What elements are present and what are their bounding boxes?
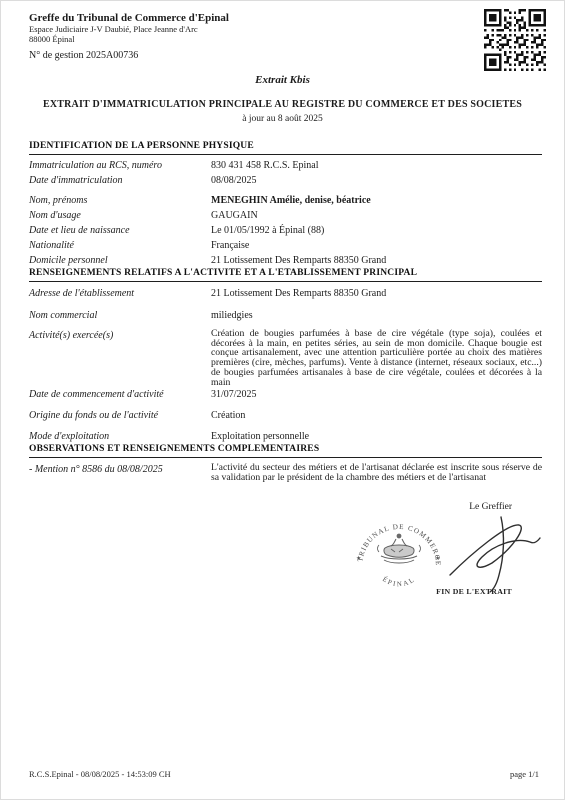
field-value: 31/07/2025 (211, 388, 542, 402)
field-value: Le 01/05/1992 à Épinal (88) (211, 223, 542, 238)
section-heading: IDENTIFICATION DE LA PERSONNE PHYSIQUE (29, 141, 542, 155)
section-observations: OBSERVATIONS ET RENSEIGNEMENTS COMPLEMEN… (29, 444, 542, 482)
field-value: GAUGAIN (211, 208, 542, 223)
end-of-extract-label: FIN DE L'EXTRAIT (436, 587, 512, 596)
management-number: N° de gestion 2025A00736 (29, 50, 349, 61)
field-row: Adresse de l'établissement 21 Lotissemen… (29, 287, 542, 301)
field-value: 08/08/2025 (211, 173, 542, 188)
field-label: Activité(s) exercée(s) (29, 329, 211, 387)
field-value: L'activité du secteur des métiers et de … (211, 463, 542, 482)
issuer-block: Greffe du Tribunal de Commerce d'Epinal … (29, 12, 349, 61)
field-row: - Mention n° 8586 du 08/08/2025 L'activi… (29, 463, 542, 482)
issuer-address-line2: 88000 Épinal (29, 35, 349, 45)
court-stamp: TRIBUNAL DE COMMERCE ÉPINAL ★ ★ (351, 514, 447, 596)
field-label: Nom commercial (29, 309, 211, 323)
field-label: Date de commencement d'activité (29, 388, 211, 402)
section-identification: IDENTIFICATION DE LA PERSONNE PHYSIQUE I… (29, 141, 542, 268)
as-of-date: à jour au 8 août 2025 (1, 114, 564, 125)
field-value: Création (211, 409, 542, 423)
field-row: Nom commercial miliedgies (29, 309, 542, 323)
qr-code (484, 9, 546, 71)
field-row: Origine du fonds ou de l'activité Créati… (29, 409, 542, 423)
field-value: Exploitation personnelle (211, 430, 542, 444)
stamp-crest (378, 534, 421, 563)
section-heading: RENSEIGNEMENTS RELATIFS A L'ACTIVITE ET … (29, 268, 542, 282)
star-icon: ★ (356, 555, 361, 562)
field-row: Domicile personnel 21 Lotissement Des Re… (29, 253, 542, 268)
field-label: Nom d'usage (29, 208, 211, 223)
document-type-title: Extrait Kbis (1, 74, 564, 87)
field-label: Origine du fonds ou de l'activité (29, 409, 211, 423)
section-activity: RENSEIGNEMENTS RELATIFS A L'ACTIVITE ET … (29, 268, 542, 444)
field-row: Nom, prénoms MENEGHIN Amélie, denise, bé… (29, 193, 542, 208)
field-label: - Mention n° 8586 du 08/08/2025 (29, 463, 211, 482)
field-label: Adresse de l'établissement (29, 287, 211, 301)
field-row: Activité(s) exercée(s) Création de bougi… (29, 329, 542, 387)
field-label: Date et lieu de naissance (29, 223, 211, 238)
svg-text:ÉPINAL: ÉPINAL (381, 575, 417, 588)
field-row: Nom d'usage GAUGAIN (29, 208, 542, 223)
field-row: Nationalité Française (29, 238, 542, 253)
field-value: MENEGHIN Amélie, denise, béatrice (211, 193, 542, 208)
field-value: 830 431 458 R.C.S. Epinal (211, 158, 542, 173)
field-value: Française (211, 238, 542, 253)
field-value: miliedgies (211, 309, 542, 323)
field-label: Nom, prénoms (29, 193, 211, 208)
footer-reference: R.C.S.Epinal - 08/08/2025 - 14:53:09 CH (29, 769, 171, 779)
issuer-address-line1: Espace Judiciaire J-V Daubié, Place Jean… (29, 25, 349, 35)
field-row: Date et lieu de naissance Le 01/05/1992 … (29, 223, 542, 238)
section-heading: OBSERVATIONS ET RENSEIGNEMENTS COMPLEMEN… (29, 444, 542, 458)
stamp-text-bottom: ÉPINAL (381, 575, 417, 588)
kbis-document-page: Greffe du Tribunal de Commerce d'Epinal … (0, 0, 565, 800)
field-row: Date de commencement d'activité 31/07/20… (29, 388, 542, 402)
title-block: Extrait Kbis EXTRAIT D'IMMATRICULATION P… (1, 74, 564, 125)
greffier-signature (444, 513, 544, 593)
field-label: Date d'immatriculation (29, 173, 211, 188)
field-label: Mode d'exploitation (29, 430, 211, 444)
field-label: Nationalité (29, 238, 211, 253)
field-label: Immatriculation au RCS, numéro (29, 158, 211, 173)
field-value: 21 Lotissement Des Remparts 88350 Grand (211, 253, 542, 268)
field-value: Création de bougies parfumées à base de … (211, 329, 542, 387)
field-row: Immatriculation au RCS, numéro 830 431 4… (29, 158, 542, 173)
field-row: Date d'immatriculation 08/08/2025 (29, 173, 542, 188)
page-number: page 1/1 (510, 769, 539, 779)
field-value: 21 Lotissement Des Remparts 88350 Grand (211, 287, 542, 301)
signer-title: Le Greffier (469, 502, 512, 512)
field-row: Mode d'exploitation Exploitation personn… (29, 430, 542, 444)
star-icon: ★ (435, 555, 440, 562)
field-label: Domicile personnel (29, 253, 211, 268)
page-title: EXTRAIT D'IMMATRICULATION PRINCIPALE AU … (1, 99, 564, 111)
